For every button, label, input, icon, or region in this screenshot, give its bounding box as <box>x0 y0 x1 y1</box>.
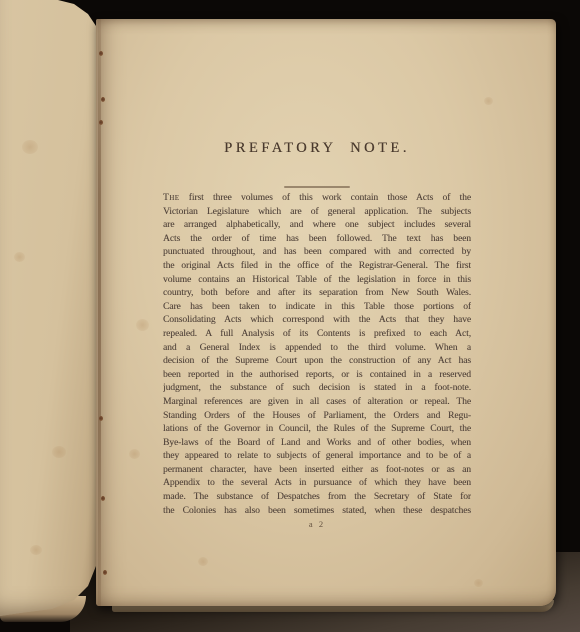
prefatory-paragraph: The first three volumes of this work con… <box>163 191 471 517</box>
text-line: permanent character, have been inserted … <box>163 463 471 477</box>
foxing-spot <box>129 449 140 459</box>
page-title: PREFATORY NOTE. <box>163 140 471 157</box>
text-line: volume contains an Historical Table of t… <box>163 273 471 287</box>
foxing-spot <box>484 97 493 105</box>
book-page: PREFATORY NOTE. The first three volumes … <box>96 19 556 606</box>
foxing-spot <box>22 140 38 154</box>
text-line: decision of the Supreme Court upon the c… <box>163 354 471 368</box>
text-line: the Colonies has also been sometimes sta… <box>163 504 471 518</box>
text-line: country, both before and after its separ… <box>163 286 471 300</box>
foxing-spot <box>52 446 66 458</box>
title-rule <box>284 186 350 188</box>
text-line: judgment, the substance of such decision… <box>163 381 471 395</box>
stitch-hole <box>99 416 103 421</box>
text-line: punctuated throughout, and has been comp… <box>163 245 471 259</box>
text-line: Consolidating Acts which correspond with… <box>163 313 471 327</box>
foxing-spot <box>474 579 483 587</box>
text-line: are arranged alphabetically, and where o… <box>163 218 471 232</box>
text-line: repealed. A full Analysis of its Content… <box>163 327 471 341</box>
foxing-spot <box>14 252 25 262</box>
text-line: Victorian Legislature which are of gener… <box>163 205 471 219</box>
text-line: lations of the Governor in Council, the … <box>163 422 471 436</box>
page-text-block: PREFATORY NOTE. The first three volumes … <box>163 19 471 606</box>
stitch-hole <box>99 120 103 125</box>
text-line: made. The substance of Despatches from t… <box>163 490 471 504</box>
foxing-spot <box>30 545 42 555</box>
stitch-hole <box>99 51 103 56</box>
text-line: Marginal references are given in all cas… <box>163 395 471 409</box>
text-line: been reported in the authorised reports,… <box>163 368 471 382</box>
text-line: Appendix to the several Acts in pursuanc… <box>163 476 471 490</box>
text-line: Standing Orders of the Houses of Parliam… <box>163 409 471 423</box>
signature-mark: a 2 <box>163 519 471 529</box>
text-line: Care has been taken to indicate in this … <box>163 300 471 314</box>
lead-word: The <box>163 192 179 203</box>
facing-page <box>0 0 101 616</box>
stitch-hole <box>101 97 105 102</box>
stitch-hole <box>101 496 105 501</box>
stitch-hole <box>103 570 107 575</box>
foxing-spot <box>136 319 149 331</box>
text-line: Bye-laws of the Board of Land and Works … <box>163 436 471 450</box>
text-line: The first three volumes of this work con… <box>163 191 471 205</box>
binding-gutter <box>98 19 101 606</box>
book-photo: PREFATORY NOTE. The first three volumes … <box>0 0 580 632</box>
text-line: the original Acts filed in the office of… <box>163 259 471 273</box>
text-line: they appeared to relate to subjects of g… <box>163 449 471 463</box>
text-line: Acts the order of time has been followed… <box>163 232 471 246</box>
text-line-rest: first three volumes of this work contain… <box>189 192 471 203</box>
text-line: and a General Index is appended to the t… <box>163 341 471 355</box>
